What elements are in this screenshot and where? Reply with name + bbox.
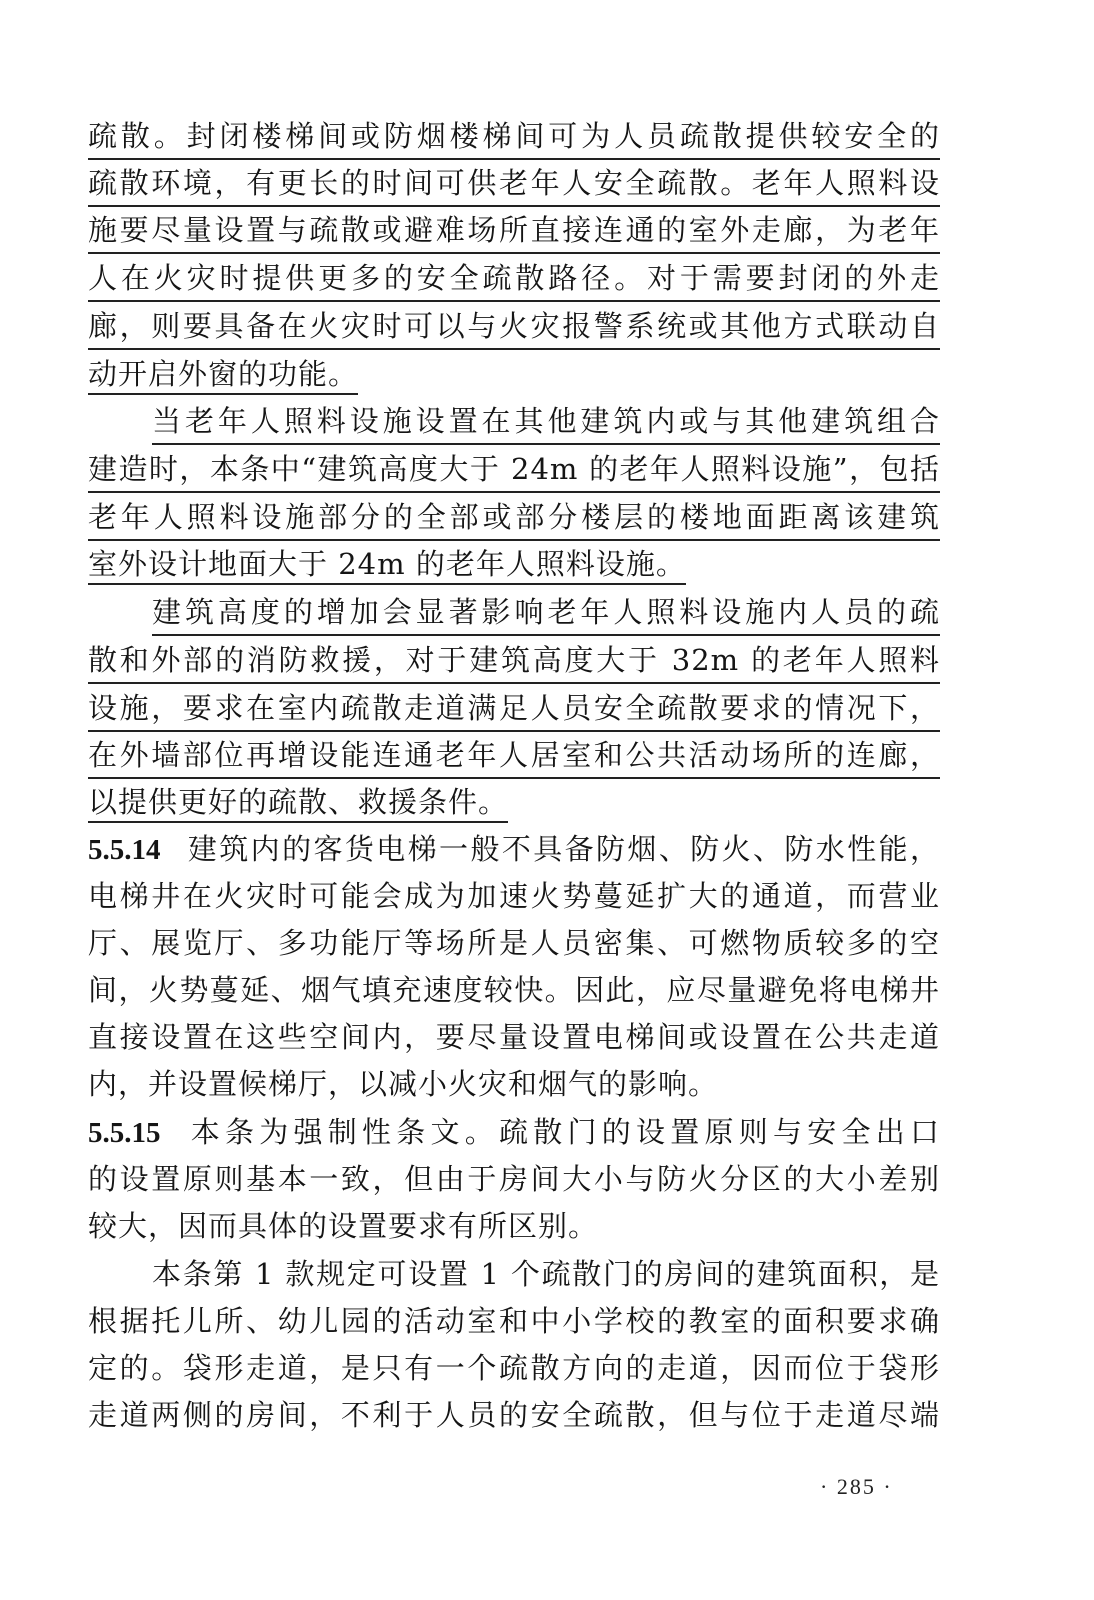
text-line: 间，火势蔓延、烟气填充速度较快。因此，应尽量避免将电梯井 [88,970,940,1010]
text-line: 本条第 1 款规定可设置 1 个疏散门的房间的建筑面积，是 [152,1254,940,1294]
text-line: 建造时，本条中“建筑高度大于 24m 的老年人照料设施”，包括 [88,449,940,493]
text-line: 动开启外窗的功能。 [88,354,940,396]
clause-number: 5.5.15 [88,1117,161,1149]
text-line: 疏散。封闭楼梯间或防烟楼梯间可为人员疏散提供较安全的 [88,116,940,160]
book-page: 疏散。封闭楼梯间或防烟楼梯间可为人员疏散提供较安全的 疏散环境，有更长的时间可供… [0,0,1094,1600]
text-line: 设施，要求在室内疏散走道满足人员安全疏散要求的情况下， [88,688,940,732]
text-line: 厅、展览厅、多功能厅等场所是人员密集、可燃物质较多的空 [88,923,940,963]
clause-number: 5.5.14 [88,834,161,866]
text-line: 当老年人照料设施设置在其他建筑内或与其他建筑组合 [152,401,940,445]
page-number: · 285 · [820,1474,893,1500]
text-line: 施要尽量设置与疏散或避难场所直接连通的室外走廊，为老年 [88,210,940,254]
text-line: 的设置原则基本一致，但由于房间大小与防火分区的大小差别 [88,1159,940,1199]
text-line: 较大，因而具体的设置要求有所区别。 [88,1206,940,1246]
text-line: 内，并设置候梯厅，以减小火灾和烟气的影响。 [88,1064,940,1104]
text-line: 以提供更好的疏散、救援条件。 [88,782,940,824]
underlined-text: 动开启外窗的功能。 [88,357,358,395]
clause-heading-line: 5.5.15本条为强制性条文。疏散门的设置原则与安全出口 [88,1112,940,1152]
text-line: 走道两侧的房间，不利于人员的安全疏散，但与位于走道尽端 [88,1395,940,1435]
text-line: 廊，则要具备在火灾时可以与火灾报警系统或其他方式联动自 [88,306,940,350]
text-line: 疏散环境，有更长的时间可供老年人安全疏散。老年人照料设 [88,163,940,207]
text-line: 电梯井在火灾时可能会成为加速火势蔓延扩大的通道，而营业 [88,876,940,916]
clause-text: 建筑内的客货电梯一般不具备防烟、防火、防水性能， [187,832,941,866]
text-line: 老年人照料设施部分的全部或部分楼层的楼地面距离该建筑 [88,497,940,541]
text-line: 直接设置在这些空间内，要尽量设置电梯间或设置在公共走道 [88,1017,940,1057]
text-line: 室外设计地面大于 24m 的老年人照料设施。 [88,544,940,586]
underlined-text: 以提供更好的疏散、救援条件。 [88,785,508,823]
clause-text: 本条为强制性条文。疏散门的设置原则与安全出口 [187,1115,941,1149]
text-line: 人在火灾时提供更多的安全疏散路径。对于需要封闭的外走 [88,258,940,302]
text-line: 建筑高度的增加会显著影响老年人照料设施内人员的疏 [152,592,940,636]
text-line: 散和外部的消防救援，对于建筑高度大于 32m 的老年人照料 [88,640,940,684]
clause-heading-line: 5.5.14建筑内的客货电梯一般不具备防烟、防火、防水性能， [88,829,940,869]
underlined-text: 室外设计地面大于 24m 的老年人照料设施。 [88,547,686,585]
text-line: 在外墙部位再增设能连通老年人居室和公共活动场所的连廊， [88,735,940,779]
text-line: 定的。袋形走道，是只有一个疏散方向的走道，因而位于袋形 [88,1348,940,1388]
text-line: 根据托儿所、幼儿园的活动室和中小学校的教室的面积要求确 [88,1301,940,1341]
